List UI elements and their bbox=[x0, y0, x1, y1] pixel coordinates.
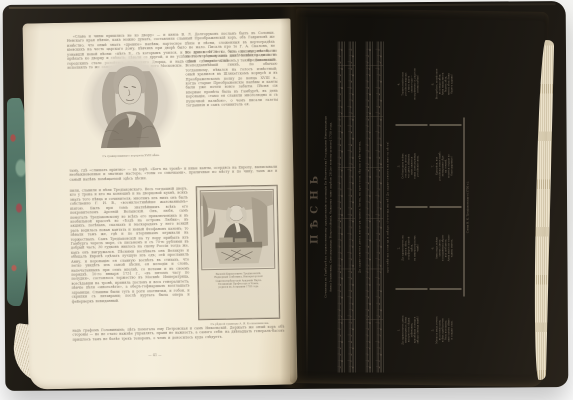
left-page: «Слава и чины пришлись не ко двору» — и … bbox=[23, 18, 298, 389]
verse-row-2: 5.Млеко и медъ течетъ въ потоки сыти, вс… bbox=[429, 44, 461, 371]
song-subtitle-line1: Сочинена въ Гамбургѣ къ торжественному п… bbox=[323, 35, 328, 380]
song-subtitle-line2: Анны Іоанновны, Самодержицы Всероссійскі… bbox=[328, 35, 333, 380]
verse-block: 2.Да здравствуетъ на многа лѣта, порфиро… bbox=[395, 207, 427, 289]
verse-text: Вострубите, возвѣстите въ концы свѣта: А… bbox=[435, 46, 454, 122]
verse-text: Анна надъ всѣми умомъ сіяетъ и подданных… bbox=[435, 210, 454, 286]
left-page-right-column: Во время 1730 г. была издана пѣсня, во м… bbox=[185, 49, 279, 163]
lyric-line-2: кра-снѣй-ша солн-ца и звѣздъ сі-я-ю-ща н… bbox=[385, 45, 389, 370]
table-bottom-rule bbox=[463, 117, 464, 296]
verse-text: Красуйся, вся россійска земле нынѣ: мона… bbox=[435, 128, 454, 204]
verse-block: 4.Торжествуйте вси россійсти народи: у н… bbox=[395, 44, 427, 125]
song-caption: Слова В. К. Тредіаковскаго (1730 г.). bbox=[466, 35, 470, 380]
verse-number: 6. bbox=[431, 210, 435, 286]
song-plate-rotated: ПѢСНЬ Сочинена въ Гамбургѣ къ торжествен… bbox=[303, 35, 495, 380]
left-page-left-column: пили, славили и пѣли Тредіаковскаго. Вес… bbox=[70, 186, 191, 326]
portrait2-frame: Василій Кирилловичъ Тредіаковскій, Надво… bbox=[196, 185, 281, 321]
verse-number: 3. bbox=[397, 128, 401, 204]
portrait-engraving-framed: Василій Кирилловичъ Тредіаковскій, Надво… bbox=[194, 185, 284, 335]
portrait1-image bbox=[75, 51, 185, 165]
lyric-line-1: Да здрав-ствуетъ днесь им-пе-ра-триксъ А… bbox=[357, 45, 361, 370]
verse-number: 8. bbox=[431, 46, 435, 122]
verse-table: 1.Да здравствуетъ днесь императриксъ Анн… bbox=[395, 44, 461, 371]
verse-block: 8.Вострубите, возвѣстите въ концы свѣта:… bbox=[429, 44, 461, 125]
verse-block: 5.Млеко и медъ течетъ въ потоки сыти, вс… bbox=[429, 289, 461, 371]
verse-number: 5. bbox=[431, 292, 435, 368]
verse-number: 4. bbox=[397, 46, 401, 122]
verse-text: Да здравствуетъ на многа лѣта, порфирою … bbox=[401, 210, 420, 286]
verse-block: 6.Анна надъ всѣми умомъ сіяетъ и подданн… bbox=[429, 207, 461, 289]
verse-block: 1.Да здравствуетъ днесь императриксъ Анн… bbox=[395, 289, 427, 371]
verse-number: 2. bbox=[397, 210, 401, 286]
verse-number: 7. bbox=[431, 128, 435, 204]
verse-block: 7.Красуйся, вся россійска земле нынѣ: мо… bbox=[429, 125, 461, 207]
portrait2-image bbox=[200, 189, 276, 270]
page-number: — 41 — bbox=[29, 351, 281, 360]
portrait2-plate-text: Василій Кирилловичъ Тредіаковскій, Надво… bbox=[202, 272, 274, 290]
music-system-2 bbox=[365, 42, 384, 373]
music-staves-2 bbox=[365, 42, 384, 373]
verse-text: Да здравствуетъ днесь императриксъ Анна … bbox=[401, 292, 420, 368]
verse-block: 3.Се благодать всѣмъ отъ небесъ ліется: … bbox=[395, 125, 427, 207]
verse-number: 1. bbox=[397, 292, 401, 368]
music-staves-1 bbox=[337, 42, 356, 373]
left-page-mid-paragraph: тамъ, гдѣ «слышать пріятно» — въ хорѣ. «… bbox=[69, 165, 277, 187]
verse-text: Торжествуйте вси россійсти народи: у нас… bbox=[401, 46, 420, 122]
verse-row-1: 1.Да здравствуетъ днесь императриксъ Анн… bbox=[395, 44, 427, 371]
photo-of-open-book: «Слава и чины пришлись не ко двору» — и … bbox=[0, 0, 573, 400]
left-page-bottom-paragraph: надъ графомъ Головинымъ; пѣть помогала е… bbox=[72, 325, 284, 345]
portrait-engraving-vignette: Съ гравированнаго портрета XVIII вѣка. bbox=[75, 51, 185, 165]
music-system-1 bbox=[337, 42, 356, 373]
song-title: ПѢСНЬ bbox=[310, 35, 321, 380]
verse-text: Млеко и медъ течетъ въ потоки сыти, всѣм… bbox=[435, 292, 454, 368]
verse-text: Се благодать всѣмъ отъ небесъ ліется: чт… bbox=[401, 128, 420, 204]
